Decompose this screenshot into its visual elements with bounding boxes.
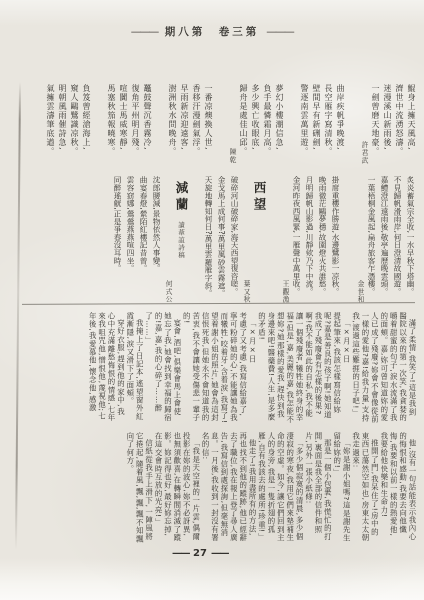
poem-title: 減蘭 讀葦誼詩稿 [173, 176, 189, 303]
poem-verse: 破碎河山破碎家,海天西望復咨嗟。 金戈馬上成何事?萬里風砂雲霧遮。 天旋地轉知何… [202, 176, 241, 303]
poem-author: 許君武 [359, 84, 369, 164]
poem-group: 曲岸疾帆爭晚渡, 長空雁字寫清秋。 壁間早有新硎劍, 警逐南雲萬里遊。 [298, 84, 346, 164]
magazine-page: ——— 期八第 卷三第 ——— 鯤身上擁天風高, 濟世中流湧怒濤。 迷漫溪山新雨… [0, 0, 424, 600]
poem-author: 何式公 [163, 176, 173, 303]
poetry-band-upper: 鯤身上擁天風高, 濟世中流湧怒濤。 迷漫溪山新雨後, 一劍曾磨天地豪。許君武曲岸… [24, 84, 417, 164]
poem-group: 夢幻小樓潮信急, 負手最憐霜月高。 多少興亡收眼底, 歸舟是處佳山邱。陳乾 [227, 84, 285, 164]
poem-group: 減蘭 讀葦誼詩稿何式公沈郎腰減,景物依然人事變。 曲宴春燈,縈陌紅樓記昔曾。 雲… [111, 176, 189, 303]
prose-paragraph: 推開了門,我呆住了!房中的東西已蕩然空如也,房東太太朝我走過來: [351, 432, 379, 544]
prose-paragraph: 「多少個寂寞的清晨,多少個淒寂的寒夜,我用它們來墊補生命的空虛。如今,讓它們回到… [257, 432, 304, 544]
poem-verse: 鼉鼓聲沉香霧冷, 復角平州明月殘。 喧闐士馬威寒靜, 馬塞秋笳報曉寒。 [105, 84, 153, 164]
header-rule-right: ——— [266, 26, 293, 38]
poem-author: 陳乾 [227, 84, 237, 164]
poem-verse: 曲岸疾帆爭晚渡, 長空雁字寫清秋。 壁間早有新硎劍, 警逐南雲萬里遊。 [298, 84, 346, 164]
prose-paragraph: 「×月×日 提起筆來,我該怎樣寫信給妳呢?嘉是善良的孩子啊!她知道我成了殘廢會有… [257, 312, 351, 424]
page-number: —— 27 —— [0, 548, 400, 559]
poem-verse: 鯤身上擁天風高, 濟世中流湧怒濤。 迷漫溪山新雨後, 一劍曾磨天地豪。 [369, 84, 417, 164]
prose-paragraph: 那是一個小包裹,我慌忙的打開,裏面是我全部的信件和照片,另外一張小紙條: [304, 432, 332, 544]
poem-group: 負笈曾經滄海上, 窺人鷗鷺識凉秋。 明朝風雨催詩急, 氣擁雲濤筆底遒。 [44, 84, 92, 164]
prose-paragraph: 「×月×日 考慮了又考慮,我寫信給嘉了,寧可粉碎她的心,不能讓她為我而犧牲,咬着… [182, 312, 257, 424]
poem-verse: 負笈曾經滄海上, 窺人鷗鷺識凉秋。 明朝風雨催詩急, 氣擁雲濤筆底遒。 [44, 84, 92, 164]
poem-group: 鼉鼓聲沉香霧冷, 復角平州明月殘。 喧闐士馬威寒靜, 馬塞秋笳報曉寒。 [105, 84, 153, 164]
poem-author: 葉又秋 [241, 176, 251, 303]
header-rule-left: ——— [131, 26, 158, 38]
prose-paragraph: 信紙從我手上滑下,一陣風將它捲起,隨着風,飄,飄,飄不知飄向了何方。 [125, 432, 153, 544]
poem-author: 王觀漁 [280, 176, 290, 303]
prose-paragraph: 「妳是謝小姐嗎?這是謝先生留給妳的!」 [332, 432, 351, 544]
poetry-band-lower: 炙炎蓄氣宗全收,一水早秋下塔幽。 不見歸帆滑雨岸,何日澄清故國遊。 嘉鱧澄江遠雨… [24, 176, 417, 303]
poem-group: 鯤身上擁天風高, 濟世中流湧怒濤。 迷漫溪山新雨後, 一劍曾磨天地豪。許君武 [359, 84, 417, 164]
poem-group: 一番凉燠換人世, 香移汗漫劍氣浮。 早雨新凉迎遠客, 澍洲秋水問晚舟。 [166, 84, 214, 164]
prose-paragraph: 滿了柔情,我笑了!這是我到醫院以來的第一次笑,我貪婪的嚼着甜蜜的句子,淚水流滿了… [351, 312, 417, 424]
prose-band-upper: 滿了柔情,我笑了!這是我到醫院以來的第一次笑,我貪婪的嚼着甜蜜的句子,淚水流滿了… [24, 312, 417, 424]
prose-band-lower: 他,沒有一句話能表示我內心的悔恨和感動,我要去向他懺悔,我要和以前一樣的熱愛他,… [24, 432, 417, 544]
poem-verse: 炙炎蓄氣宗全收,一水早秋下塔幽。 不見歸帆滑雨岸,何日澄清故國遊。 嘉鱧澄江遠雨… [365, 176, 417, 303]
poem-group: 西望葉又秋破碎河山破碎家,海天西望復咨嗟。 金戈馬上成何事?萬里風砂雲霧遮。 天… [202, 176, 267, 303]
poem-subtitle: 讀葦誼詩稿 [177, 214, 185, 259]
page-header: ——— 期八第 卷三第 ——— [0, 24, 424, 39]
scan-edge-shadow [15, 82, 21, 550]
prose-paragraph: 宴會,酒吧,俱樂會馬上會使她忘了我,她會找到幸福的歸宿的!嘉,嘉,我的心碎了……… [144, 312, 182, 424]
poem-group: 炙炎蓄氣宗全收,一水早秋下塔幽。 不見歸帆滑雨岸,何日澄清故國遊。 嘉鱧澄江遠雨… [355, 176, 417, 303]
poem-author: 金世和 [355, 176, 365, 303]
poem-group: 掛席重樓作勝遊,水邊鷺影一凉秋。 晚雨微茫鷗夢穩,故園燈火共誰愁。 月明歸帆山影… [280, 176, 342, 303]
pagenum-rule-left: —— [172, 548, 189, 559]
pagenum-rule-right: —— [211, 548, 228, 559]
poem-title: 西望 [251, 176, 267, 303]
prose-paragraph: 他走了!我用盡所有的方法,再也找不到他的蹤跡,他已經辭去了職位,我在報上登了尋人… [201, 432, 257, 544]
poem-verse: 一番凉燠換人世, 香移汗漫劍氣浮。 早雨新凉迎遠客, 澍洲秋水問晚舟。 [166, 84, 214, 164]
poem-verse: 夢幻小樓潮信急, 負手最憐霜月高。 多少興亡收眼底, 歸舟是處佳山邱。 [237, 84, 285, 164]
issue-title: 期八第 卷三第 [165, 24, 260, 39]
prose-paragraph: 我掩上了日記本,遙望窗外紅霞漸隱,淚又滑下了面頰。 [125, 312, 144, 424]
pagenum-value: 27 [193, 548, 207, 559]
poem-verse: 掛席重樓作勝遊,水邊鷺影一凉秋。 晚雨微茫鷗夢穩,故園燈火共誰愁。 月明歸帆山影… [290, 176, 342, 303]
prose-paragraph: 「我是天空裡的一片雲,偶爾投影在妳的波心,妳不必訝異,也無須歡喜,在轉瞬間消滅了… [154, 432, 201, 544]
prose-paragraph: 他,沒有一句話能表示我內心的悔恨和感動,我要去向他懺悔,我要和以前一樣的熱愛他,… [379, 432, 417, 544]
poem-verse: 沈郎腰減,景物依然人事變。 曲宴春燈,縈陌紅樓記昔曾。 雲容窈娜,鶯鶯燕燕喧四坐… [111, 176, 163, 303]
prose-paragraph: 穿好衣服,趕到他的家中,我心中充滿離愁悔恨的情感,七年來我咀咒他,憎恨他,蔑視他… [88, 312, 126, 424]
